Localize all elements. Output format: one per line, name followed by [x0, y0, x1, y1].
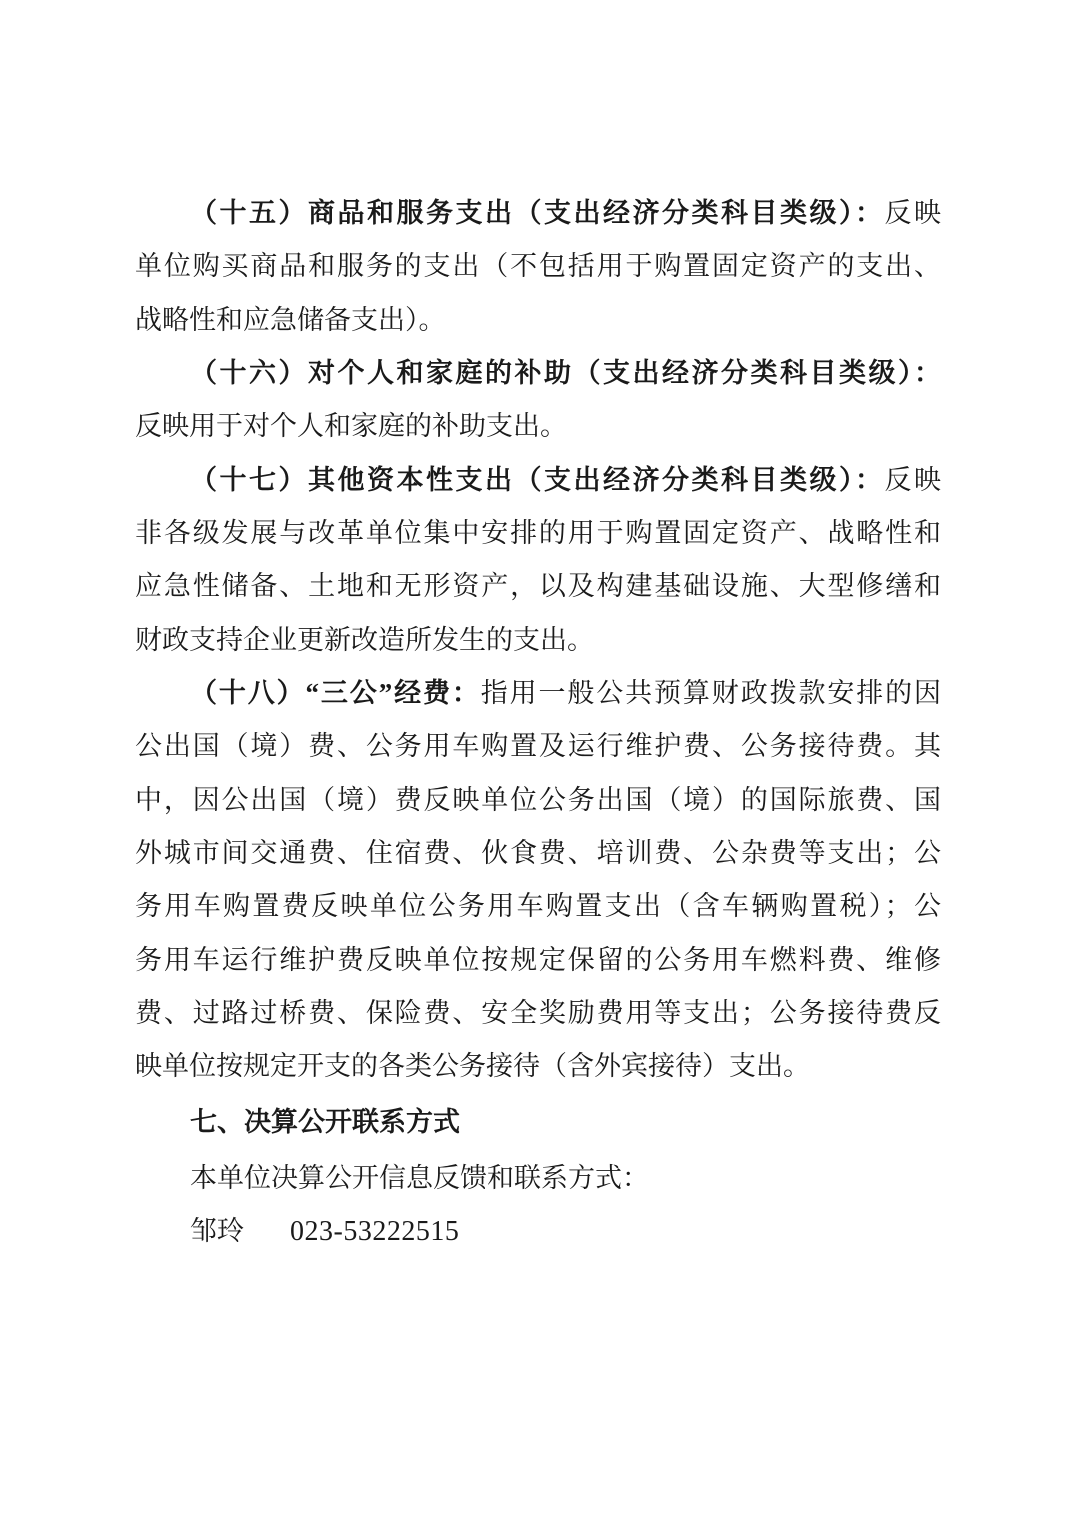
section-18-line-8: 映单位按规定开支的各类公务接待（含外宾接待）支出。	[135, 1046, 941, 1086]
section-7-heading: 七、决算公开联系方式	[190, 1103, 941, 1143]
section-17-line-3: 应急性储备、土地和无形资产，以及构建基础设施、大型修缮和	[135, 566, 941, 606]
section-15-text: 反映	[885, 198, 942, 228]
section-18-text: 指用一般公共预算财政拨款安排的因	[481, 678, 941, 708]
section-18-line-2: 公出国（境）费、公务用车购置及运行维护费、公务接待费。其	[135, 726, 941, 766]
section-18-line-1: （十八）“三公”经费：指用一般公共预算财政拨款安排的因	[190, 673, 941, 713]
section-17-line-4: 财政支持企业更新改造所发生的支出。	[135, 620, 941, 660]
contact-phone: 023-53222515	[290, 1216, 459, 1247]
document-page: （十五）商品和服务支出（支出经济分类科目类级）：反映 单位购买商品和服务的支出（…	[0, 0, 1074, 1520]
section-15-line-1: （十五）商品和服务支出（支出经济分类科目类级）：反映	[190, 193, 941, 233]
section-16-title: （十六）对个人和家庭的补助（支出经济分类科目类级）：	[190, 358, 941, 388]
section-17-line-1: （十七）其他资本性支出（支出经济分类科目类级）：反映	[190, 460, 941, 500]
section-17-line-2: 非各级发展与改革单位集中安排的用于购置固定资产、战略性和	[135, 513, 941, 553]
section-15-title: （十五）商品和服务支出（支出经济分类科目类级）：	[190, 198, 885, 228]
section-18-line-6: 务用车运行维护费反映单位按规定保留的公务用车燃料费、维修	[135, 940, 941, 980]
section-7-intro: 本单位决算公开信息反馈和联系方式：	[190, 1158, 941, 1198]
section-16-line-2: 反映用于对个人和家庭的补助支出。	[135, 406, 941, 446]
section-18-line-3: 中，因公出国（境）费反映单位公务出国（境）的国际旅费、国	[135, 780, 941, 820]
section-18-line-4: 外城市间交通费、住宿费、伙食费、培训费、公杂费等支出；公	[135, 833, 941, 873]
section-18-line-7: 费、过路过桥费、保险费、安全奖励费用等支出；公务接待费反	[135, 993, 941, 1033]
section-17-text: 反映	[885, 465, 942, 495]
section-15-line-2: 单位购买商品和服务的支出（不包括用于购置固定资产的支出、	[135, 246, 941, 286]
section-16-line-1: （十六）对个人和家庭的补助（支出经济分类科目类级）：	[190, 353, 941, 393]
section-18-title: （十八）“三公”经费：	[190, 678, 481, 708]
contact-line: 邹玲023-53222515	[190, 1211, 941, 1251]
section-18-line-5: 务用车购置费反映单位公务用车购置支出（含车辆购置税）；公	[135, 886, 941, 926]
section-17-title: （十七）其他资本性支出（支出经济分类科目类级）：	[190, 465, 885, 495]
contact-name: 邹玲	[190, 1211, 290, 1251]
section-15-line-3: 战略性和应急储备支出）。	[135, 300, 941, 340]
